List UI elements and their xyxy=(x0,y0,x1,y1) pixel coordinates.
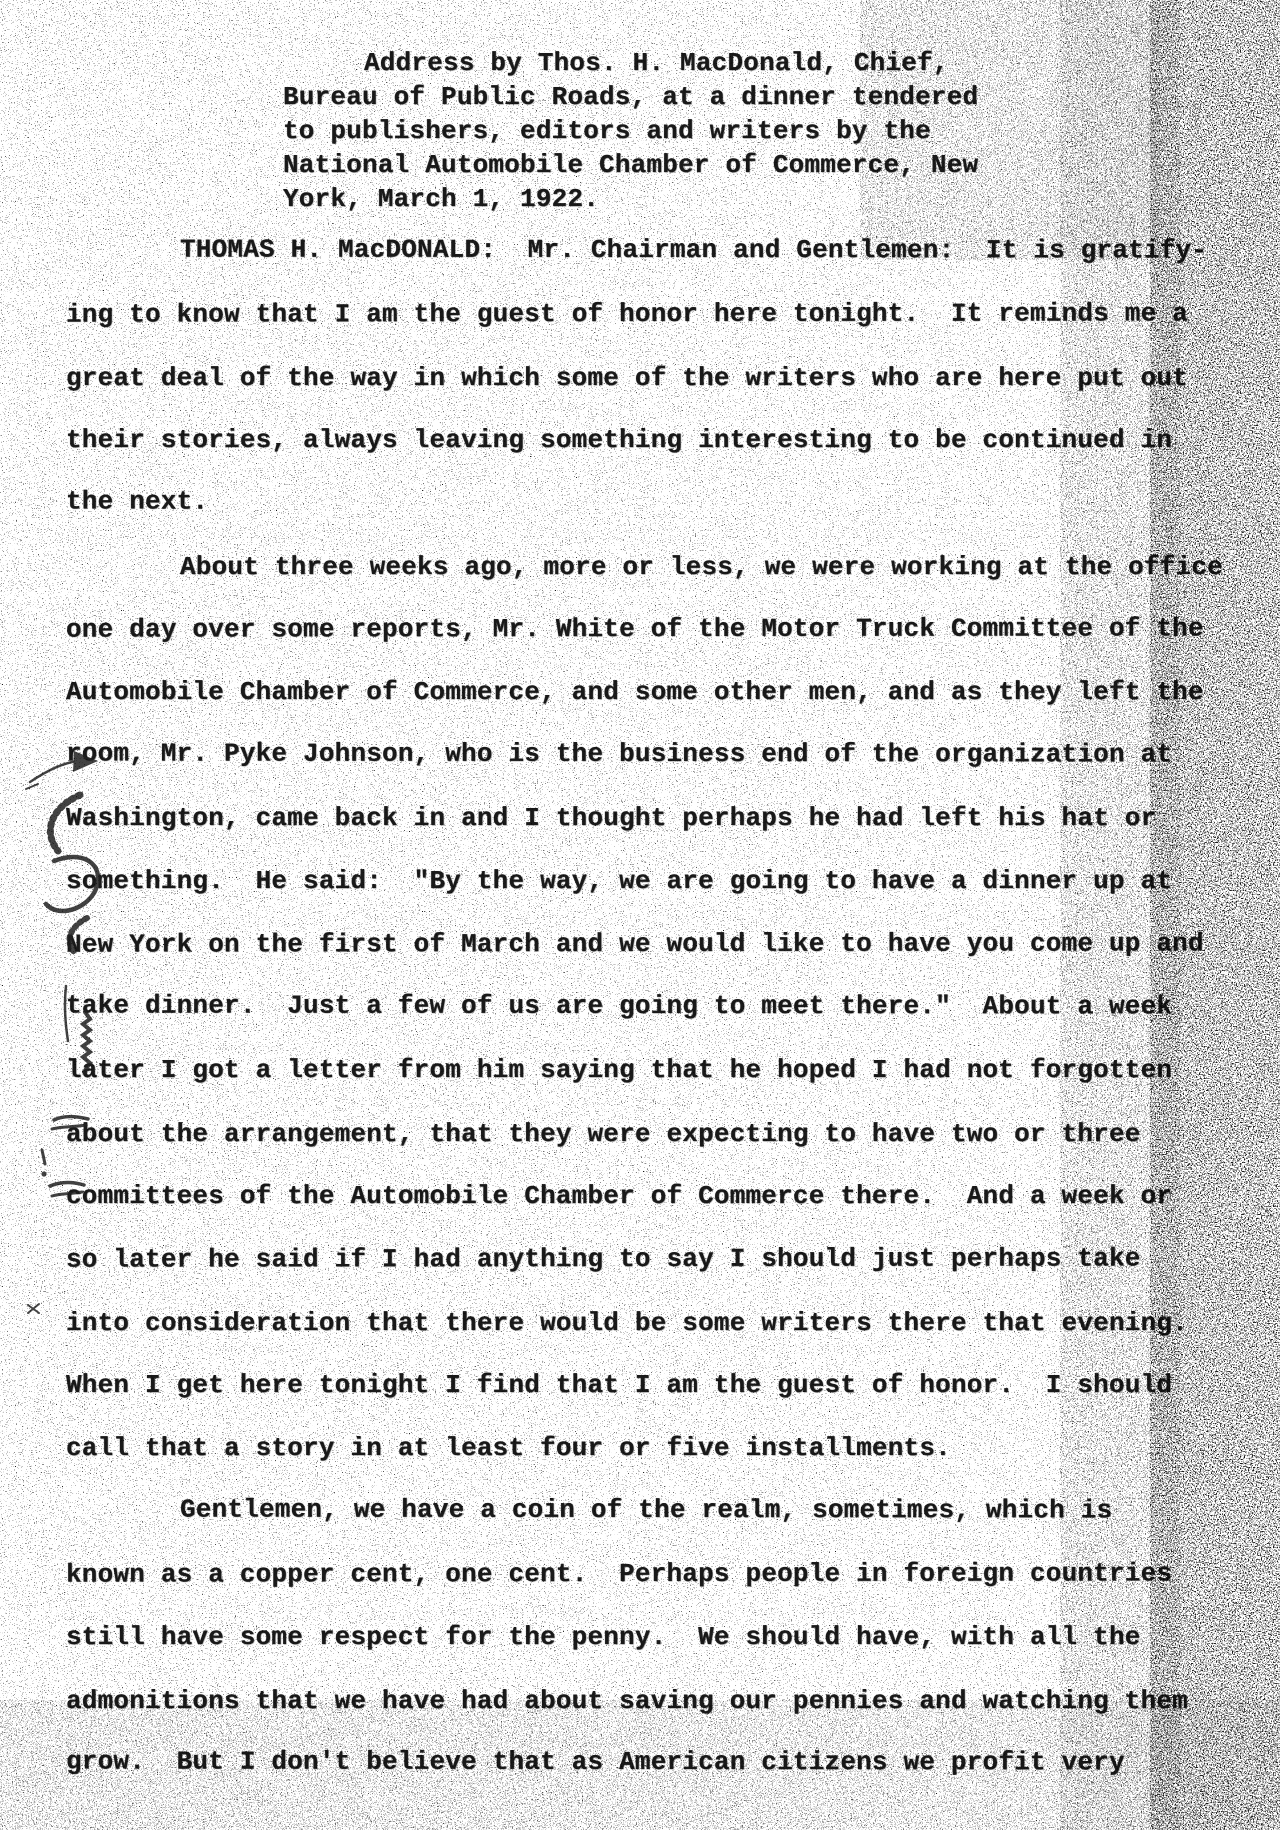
body-text-line: Washington, came back in and I thought p… xyxy=(66,787,1256,850)
header-line: York, March 1, 1922. xyxy=(283,182,978,216)
header-line: Bureau of Public Roads, at a dinner tend… xyxy=(283,80,978,114)
body-text-line: New York on the first of March and we wo… xyxy=(66,912,1256,976)
body-text-line: later I got a letter from him saying tha… xyxy=(66,1039,1256,1102)
document-header: Address by Thos. H. MacDonald, Chief,Bur… xyxy=(283,46,978,216)
body-text-line: their stories, always leaving something … xyxy=(66,409,1256,472)
body-text-line: one day over some reports, Mr. White of … xyxy=(66,597,1256,661)
body-text-line: known as a copper cent, one cent. Perhap… xyxy=(66,1542,1256,1606)
body-text-line: take dinner. Just a few of us are going … xyxy=(66,974,1256,1038)
body-text-line: committees of the Automobile Chamber of … xyxy=(66,1165,1256,1228)
body-text-line: About three weeks ago, more or less, we … xyxy=(66,536,1256,599)
body-text-line: so later he said if I had anything to sa… xyxy=(66,1227,1256,1291)
header-line: to publishers, editors and writers by th… xyxy=(283,114,978,148)
body-text-line: When I get here tonight I find that I am… xyxy=(66,1354,1256,1417)
small-x-mark xyxy=(28,1304,39,1313)
body-text-line: Automobile Chamber of Commerce, and some… xyxy=(66,661,1256,724)
body-text-line: ing to know that I am the guest of honor… xyxy=(66,282,1256,346)
body-text-line: admonitions that we have had about savin… xyxy=(66,1670,1256,1733)
body-text-line: room, Mr. Pyke Johnson, who is the busin… xyxy=(66,722,1256,786)
body-text-line: call that a story in at least four or fi… xyxy=(66,1417,1256,1480)
body-text-line: grow. But I don't believe that as Americ… xyxy=(66,1730,1256,1794)
header-line: National Automobile Chamber of Commerce,… xyxy=(283,148,978,182)
body-text-line: into consideration that there would be s… xyxy=(66,1292,1256,1355)
body-text-line: Gentlemen, we have a coin of the realm, … xyxy=(66,1478,1256,1542)
body-text-line: the next. xyxy=(66,470,1256,534)
body-text-line: something. He said: "By the way, we are … xyxy=(66,850,1256,913)
document-body: THOMAS H. MacDONALD: Mr. Chairman and Ge… xyxy=(66,220,1256,1795)
body-text-line: about the arrangement, that they were ex… xyxy=(66,1103,1256,1166)
body-text-line: great deal of the way in which some of t… xyxy=(66,347,1256,410)
body-text-line: still have some respect for the penny. W… xyxy=(66,1606,1256,1669)
tick-dot-mark xyxy=(41,1150,46,1177)
header-line: Address by Thos. H. MacDonald, Chief, xyxy=(283,46,978,80)
body-text-line: THOMAS H. MacDONALD: Mr. Chairman and Ge… xyxy=(66,218,1256,282)
scanned-document-page: Address by Thos. H. MacDonald, Chief,Bur… xyxy=(0,0,1280,1830)
